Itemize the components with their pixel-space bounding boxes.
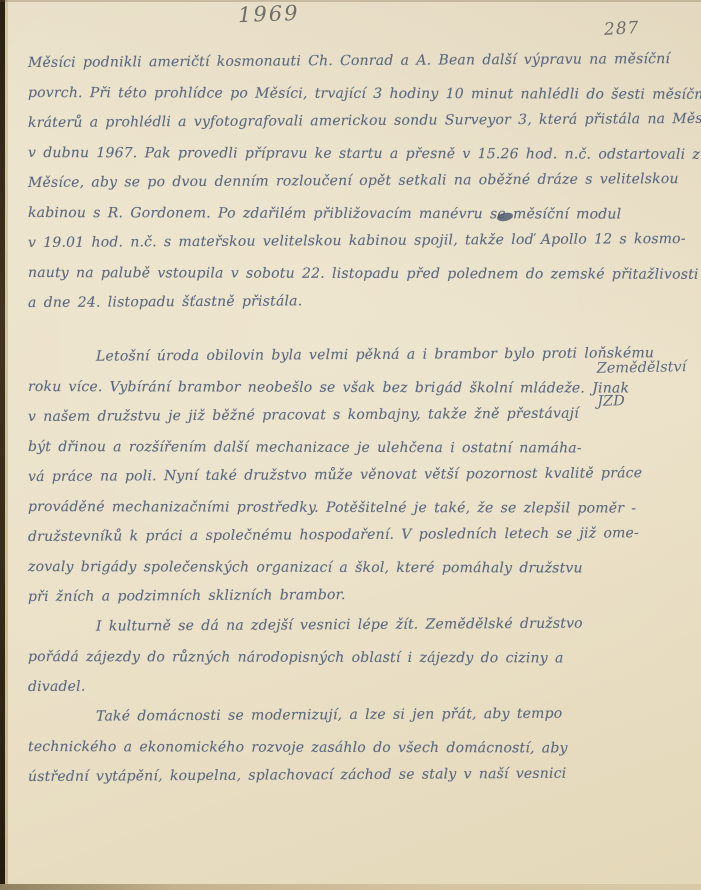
manuscript-line: v 19.01 hod. n.č. s mateřskou velitelsko… <box>28 224 628 258</box>
page-bottom-edge <box>0 884 701 890</box>
manuscript-line: družstevníků k práci a společnému hospod… <box>28 518 628 552</box>
year-heading: 1969 <box>238 1 300 27</box>
manuscript-line: Měsíci podnikli američtí kosmonauti Ch. … <box>28 44 628 78</box>
manuscript-line: kráterů a prohlédli a vyfotografovali am… <box>28 104 628 138</box>
chronicle-page: 1969 287 Zemědělství JZD Měsíci podnikli… <box>0 0 701 890</box>
manuscript-line: Letošní úroda obilovin byla velmi pěkná … <box>28 338 628 372</box>
paragraph: Také domácnosti se modernizují, a lze si… <box>28 702 628 792</box>
manuscript-line: I kulturně se dá na zdejší vesnici lépe … <box>28 608 628 642</box>
page-number: 287 <box>604 18 640 40</box>
manuscript-line: divadel. <box>28 668 628 702</box>
manuscript-line: v našem družstvu je již běžné pracovat s… <box>28 398 628 432</box>
paragraph: Měsíci podnikli američtí kosmonauti Ch. … <box>28 48 628 318</box>
paragraph: Letošní úroda obilovin byla velmi pěkná … <box>28 342 628 612</box>
binding-highlight-line <box>5 0 8 890</box>
manuscript-line: vá práce na poli. Nyní také družstvo můž… <box>28 458 628 492</box>
manuscript-line: ústřední vytápění, koupelna, splachovací… <box>28 758 628 792</box>
manuscript-line: a dne 24. listopadu šťastně přistála. <box>28 284 628 318</box>
manuscript-line: při žních a podzimních sklizních brambor… <box>28 578 628 612</box>
manuscript-line: Také domácnosti se modernizují, a lze si… <box>28 698 628 732</box>
manuscript-line: Měsíce, aby se po dvou denním rozloučení… <box>28 164 628 198</box>
manuscript-text: Měsíci podnikli američtí kosmonauti Ch. … <box>28 48 628 792</box>
page-top-edge <box>0 0 701 2</box>
paragraph: I kulturně se dá na zdejší vesnici lépe … <box>28 612 628 702</box>
